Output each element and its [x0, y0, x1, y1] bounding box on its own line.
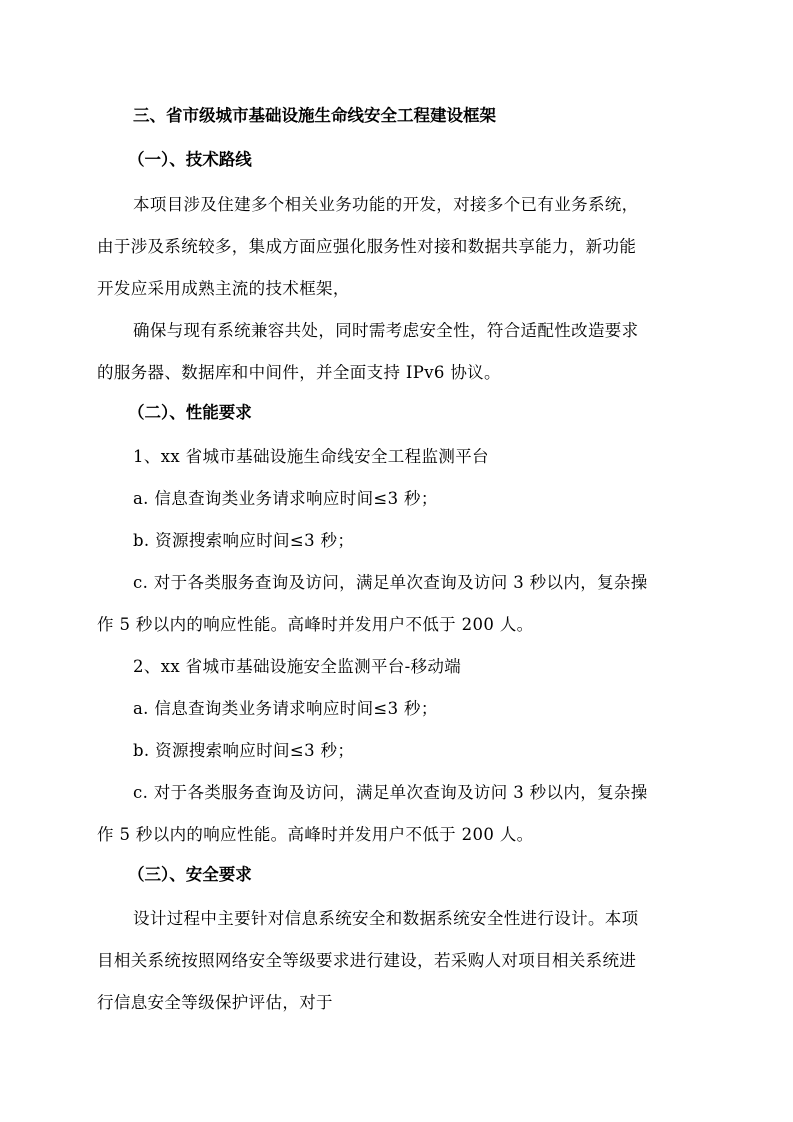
paragraph-line: 确保与现有系统兼容共处，同时需考虑安全性，符合适配性改造要求 [133, 320, 639, 342]
paragraph-line: 目相关系统按照网络安全等级要求进行建设，若采购人对项目相关系统进 [97, 950, 636, 972]
requirement-point: a. 信息查询类业务请求响应时间≤3 秒； [133, 488, 438, 510]
section-title: 三、省市级城市基础设施生命线安全工程建设框架 [133, 105, 496, 127]
requirement-point: b. 资源搜索响应时间≤3 秒； [133, 530, 354, 552]
requirement-point: 作 5 秒以内的响应性能。高峰时并发用户不低于 200 人。 [97, 824, 533, 846]
requirement-point: b. 资源搜索响应时间≤3 秒； [133, 740, 354, 762]
requirement-point: c. 对于各类服务查询及访问，满足单次查询及访问 3 秒以内，复杂操 [133, 572, 648, 594]
subsection-heading-security: （三）、安全要求 [128, 864, 252, 886]
paragraph-line: 开发应采用成熟主流的技术框架， [97, 278, 350, 300]
requirement-point: c. 对于各类服务查询及访问，满足单次查询及访问 3 秒以内，复杂操 [133, 782, 648, 804]
paragraph-line: 设计过程中主要针对信息系统安全和数据系统安全性进行设计。本项 [133, 908, 639, 930]
requirement-point: 作 5 秒以内的响应性能。高峰时并发用户不低于 200 人。 [97, 614, 533, 636]
subsection-heading-technical-route: （一）、技术路线 [128, 149, 252, 171]
paragraph-line: 的服务器、数据库和中间件，并全面支持 IPv6 协议。 [97, 362, 501, 384]
requirement-point: a. 信息查询类业务请求响应时间≤3 秒； [133, 698, 438, 720]
paragraph-line: 由于涉及系统较多，集成方面应强化服务性对接和数据共享能力，新功能 [97, 236, 636, 258]
paragraph-line: 行信息安全等级保护评估，对于 [97, 992, 333, 1014]
document-page: 三、省市级城市基础设施生命线安全工程建设框架 （一）、技术路线 本项目涉及住建多… [0, 0, 793, 1122]
subsection-heading-performance: （二）、性能要求 [128, 402, 252, 424]
item-title: 1、xx 省城市基础设施生命线安全工程监测平台 [133, 446, 489, 468]
item-title: 2、xx 省城市基础设施安全监测平台-移动端 [133, 656, 461, 678]
paragraph-line: 本项目涉及住建多个相关业务功能的开发，对接多个已有业务系统， [133, 194, 639, 216]
